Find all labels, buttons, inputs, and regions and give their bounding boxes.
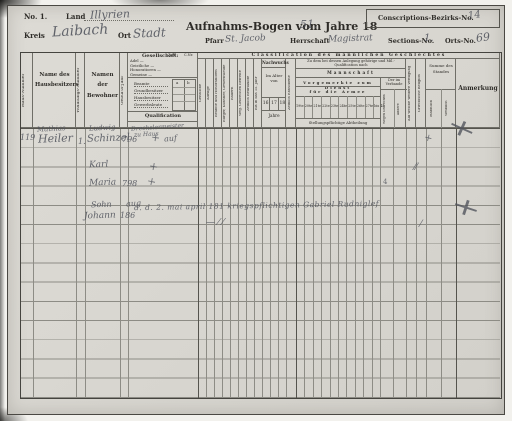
- conscription-label: Conscriptions-Bezirks-No.: [378, 14, 474, 22]
- herrschaft-value: Magistrat: [328, 33, 373, 45]
- table-column-line: [338, 129, 339, 398]
- box-divider-2: [128, 111, 198, 112]
- dwelling-number-entry: 1.: [78, 137, 86, 146]
- col-bewohner: Namen der Bewohner: [85, 52, 120, 128]
- age-25: 25te: [348, 96, 357, 118]
- nachwuchs-jahre: Jahre: [262, 113, 286, 118]
- form-title: Aufnahms-Bogen vom Jahre 18: [186, 20, 377, 33]
- age-22: 22te: [322, 96, 331, 118]
- house-number-entry: 119: [20, 133, 35, 142]
- resident4-name1: Sohn: [91, 200, 112, 210]
- col-hausnummer-label: Haus-Nummer: [22, 58, 31, 122]
- table-column-line: [363, 129, 364, 398]
- box2-row-2: Hausbesitzer: [134, 95, 168, 101]
- kreis-label: Kreis: [24, 31, 45, 40]
- col-enthoben-label: Zeitlich Enthobene: [288, 61, 294, 125]
- minigrid-line3: [173, 101, 195, 102]
- minigrid-divider: [184, 80, 185, 110]
- qualification-label: Qualification: [128, 113, 198, 119]
- qualification1-note: auf: [164, 134, 177, 144]
- class-col-4: Bauern: [230, 59, 238, 128]
- land-label: Land: [66, 12, 85, 21]
- table-column-line: [222, 129, 223, 398]
- table-column-line: [296, 129, 297, 398]
- land-value: Illyrien: [90, 7, 130, 21]
- age-21: 21te: [313, 96, 322, 118]
- table-column-line: [254, 129, 255, 398]
- class-col-5-label: Weg. Gebrechen Befreite: [239, 61, 245, 125]
- table-column-line: [270, 129, 271, 398]
- summe-title: Summe des Standes: [427, 63, 455, 76]
- table-column-line: [321, 129, 322, 398]
- year-value: 51.: [300, 18, 318, 31]
- class-col-6-label: Zeitlich Beurlaubte: [247, 61, 253, 125]
- age-26: 26te: [357, 96, 366, 118]
- slash-mark-row5: ⁄: [420, 219, 422, 230]
- nachwuchs-title: Nachwuchs: [262, 60, 286, 65]
- verband-title: Der im Verbande: [381, 78, 407, 86]
- class-col-2: Beamte und Honoratioren: [214, 59, 222, 128]
- table-column-line: [456, 129, 457, 398]
- classification-title: Classification des männlichen Geschlecht…: [198, 53, 500, 58]
- table-column-line: [33, 129, 34, 398]
- box2-row-3: Gewerbsleute: [134, 102, 168, 108]
- class-col-1: Adelige: [206, 59, 214, 128]
- ort-value: Stadt: [133, 25, 166, 40]
- class-col-4-label: Bauern: [231, 61, 237, 125]
- table-column-line: [238, 129, 239, 398]
- orts-label: Orts-No.: [445, 37, 476, 45]
- box1-col-zahl: Zahl: [168, 53, 176, 57]
- resident2-name: Karl: [89, 160, 109, 171]
- table-column-line: [406, 129, 407, 398]
- minigrid-line1: [173, 87, 195, 88]
- resident4-year: 186: [120, 211, 135, 220]
- col-wohnungsnummer-label: Wohnungs-Nummer: [77, 58, 84, 122]
- box-divider-3: [128, 121, 198, 122]
- table-column-line: [355, 129, 356, 398]
- box2-col-a: a: [176, 80, 178, 85]
- ms-div3: [296, 86, 380, 87]
- mannschaft-section: Zu dem bei dessen Anlegung gehörige und …: [296, 59, 406, 128]
- class-col-0-label: Geistliche: [199, 61, 205, 125]
- col-hausbesitzer-label: Name des Hausbesitzers: [35, 70, 74, 91]
- table-column-line: [206, 129, 207, 398]
- table-column-line: [426, 129, 427, 398]
- minigrid-line2: [173, 94, 195, 95]
- box1-col-cnr: C.Nr.: [184, 53, 193, 57]
- class-col-2-label: Beamte und Honoratioren: [215, 61, 221, 125]
- herrschaft-label: Herrschaft: [290, 37, 329, 45]
- class-col-0: Geistliche: [198, 59, 206, 128]
- table-column-line: [76, 129, 77, 398]
- age-row: 19te 20te 21te 22te 23te 24te 25te 26te …: [296, 96, 380, 119]
- vorgemerkte-label: Vorgemerkte zum Dienst: [296, 80, 380, 90]
- col-hausbesitzer: Name des Hausbesitzers: [33, 52, 76, 128]
- age-24: 24te: [339, 96, 348, 118]
- col-wohnungsnummer: Wohnungs-Nummer: [76, 52, 85, 128]
- box2-minigrid: a b: [172, 79, 196, 111]
- resident3-name: Maria: [89, 178, 116, 189]
- table-column-line: [198, 129, 199, 398]
- class-col-5: Weg. Gebrechen Befreite: [238, 59, 246, 128]
- conscription-value: 14: [467, 9, 481, 22]
- mannschaft-topnote: Zu dem bei dessen Anlegung gehörige und …: [298, 60, 404, 68]
- table-column-line: [313, 129, 314, 398]
- table-column-line: [380, 129, 381, 398]
- col-anmerkung-label: Anmerkung: [456, 85, 500, 92]
- verband-box: Der im Verbande Wegen Gebrechen Andere: [380, 77, 407, 128]
- resident1-first: Ludwig: [89, 123, 116, 132]
- col-enthoben: Zeitlich Enthobene: [286, 59, 296, 128]
- classification-title-cell: Classification des männlichen Geschlecht…: [198, 52, 500, 59]
- armee-label: für die Armee: [296, 89, 380, 94]
- orts-value: 69: [475, 30, 490, 44]
- class-col-7-label: Bis in das 15. Jahr: [255, 61, 261, 125]
- scanned-census-form: { "header": { "form_no": "No. 1.", "land…: [0, 0, 512, 421]
- col-griechisch-label: Griechische Religion: [418, 61, 424, 125]
- table-column-line: [393, 129, 394, 398]
- ort-label: Ort: [118, 31, 131, 40]
- owner-last-name: Heiler: [38, 131, 73, 145]
- nachwuchs-year-18: 18: [279, 98, 286, 110]
- nachwuchs-year-17: 17: [270, 98, 278, 110]
- age-19: 19te: [296, 96, 305, 118]
- col-griechisch: Griechische Religion: [416, 59, 426, 128]
- col-geburtsjahr: Geburts-Jahr: [120, 52, 128, 128]
- pfarr-label: Pfarr: [205, 37, 224, 45]
- mannschaft-label: Mannschaft: [296, 70, 406, 75]
- table-column-line: [128, 129, 129, 398]
- class-col-7: Bis in das 15. Jahr: [254, 59, 262, 128]
- age-20: 20te: [305, 96, 314, 118]
- verband-colline: [394, 89, 395, 128]
- tally-marks: — ⁄ ⁄: [206, 218, 224, 228]
- resident3-year: 798: [122, 179, 137, 188]
- pfarr-value: St. Jacob: [225, 33, 266, 44]
- class-col-3-label: Bürger, Künstler, Gewerbsleute: [223, 61, 229, 125]
- nachwuchs-year-16: 16: [262, 98, 270, 110]
- nachwuchs-div1: [262, 67, 286, 68]
- class-col-3: Bürger, Künstler, Gewerbsleute: [222, 59, 230, 128]
- col-qualification-group: Gesellschaft: Zahl C.Nr. Adel — Geistlic…: [128, 52, 198, 128]
- stellung-label: Stellungspflichtige Abtheilung: [296, 120, 380, 125]
- table-column-line: [441, 129, 442, 398]
- ms-div1: [296, 68, 406, 69]
- verband-col-1: Andere: [397, 91, 405, 127]
- table-column-line: [120, 129, 121, 398]
- resident4-name2: Johann: [84, 210, 116, 221]
- box-divider-1: [128, 77, 198, 78]
- double-slash-mark: ⁄⁄: [414, 162, 417, 173]
- table-column-line: [346, 129, 347, 398]
- table-column-line: [246, 129, 247, 398]
- box2-row-0: Beamte: [134, 81, 168, 87]
- class-col-6: Zeitlich Beurlaubte: [246, 59, 254, 128]
- col-verfuegung-label: Auf welche weitere Verfügung: [408, 61, 414, 125]
- form-number: No. 1.: [24, 12, 47, 21]
- table-column-line: [330, 129, 331, 398]
- table-column-line: [262, 129, 263, 398]
- kreis-value: Laibach: [52, 22, 109, 41]
- nachwuchs-years: 16 17 18: [262, 97, 286, 111]
- col-hausnummer: Haus-Nummer: [20, 52, 33, 128]
- table-column-line: [85, 129, 86, 398]
- table-column-line: [214, 129, 215, 398]
- small-four-mark: 4: [383, 178, 387, 186]
- qualification1-cross-mark: +: [150, 130, 161, 144]
- nachwuchs-box: Nachwuchs Im Alter von 16 17 18 Jahre: [262, 59, 286, 128]
- table-column-line: [286, 129, 287, 398]
- table-column-line: [372, 129, 373, 398]
- age-23: 23te: [331, 96, 340, 118]
- summe-col-maennlich: Männlich: [430, 92, 437, 125]
- age-27: 27te: [366, 96, 375, 118]
- summe-colline: [441, 89, 442, 128]
- table-column-line: [230, 129, 231, 398]
- col-verfuegung: Auf welche weitere Verfügung: [406, 59, 416, 128]
- verband-col-0: Wegen Gebrechen: [383, 91, 392, 127]
- table-column-line: [278, 129, 279, 398]
- box1-row-3: Gemeine —: [130, 72, 152, 77]
- nachwuchs-alter: Im Alter von: [263, 73, 285, 83]
- box2-row-1: Grundbesitzer: [134, 88, 168, 94]
- col-bewohner-label: Namen der Bewohner: [87, 70, 118, 101]
- section-value: 1.: [424, 33, 434, 44]
- class-col-1-label: Adelige: [207, 61, 213, 125]
- table-column-line: [304, 129, 305, 398]
- box2-col-b: b: [187, 80, 190, 85]
- col-geburtsjahr-label: Geburts-Jahr: [121, 58, 127, 122]
